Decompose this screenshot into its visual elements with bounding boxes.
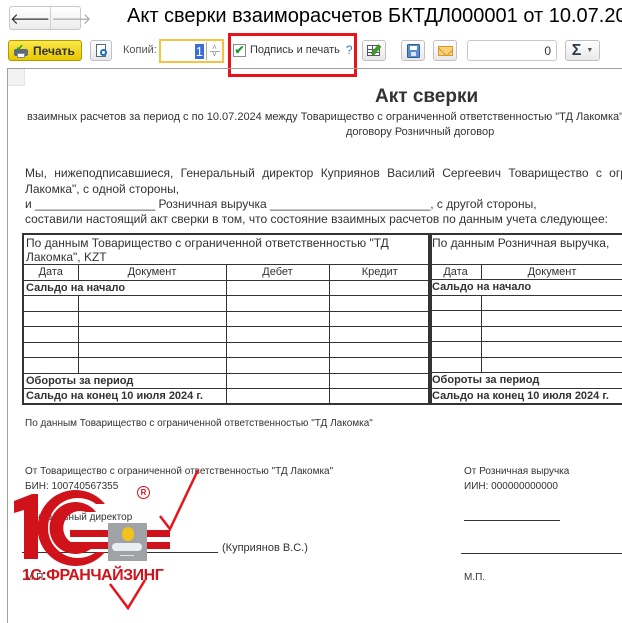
signature-right-iin: ИИН: 000000000000 [464, 481, 558, 492]
intro-line-2: Лакомка", с одной стороны, [25, 182, 179, 196]
signature-left-position: Генеральный директор [25, 512, 132, 523]
document-subtitle: взаимных расчетов за период с по 10.07.2… [27, 111, 622, 123]
document-subtitle-contract: договору Розничный договор [346, 126, 494, 138]
help-link[interactable]: ? [346, 43, 353, 57]
table-row [429, 326, 622, 342]
stepper-down-icon[interactable]: ˅ [212, 52, 217, 58]
turnover-label: Обороты за период [429, 373, 622, 389]
table-row [429, 295, 622, 311]
table-row [23, 311, 431, 327]
send-email-button[interactable] [433, 40, 457, 61]
sign-and-stamp-option[interactable]: ✔ Подпись и печать ? [233, 43, 353, 57]
copies-label: Копий: [123, 44, 157, 56]
sum-field: 0 [467, 40, 557, 61]
table-row [429, 311, 622, 327]
column-header-credit: Кредит [329, 265, 431, 281]
table-row [429, 357, 622, 373]
signature-left-from: От Товарищество с ограниченной ответстве… [25, 466, 333, 477]
sum-dropdown-button[interactable]: Σ ▼ [565, 40, 600, 61]
balloon-thumbnail-image [108, 523, 147, 561]
copies-input[interactable]: 1 ˄ ˅ [159, 39, 224, 63]
window-title: Акт сверки взаиморасчетов БКТДЛ000001 от… [127, 5, 622, 28]
table-row [23, 327, 431, 343]
forward-button[interactable]: 🡒 [51, 7, 91, 29]
table-cell [226, 280, 329, 296]
reconciliation-table-left: По данным Товарищество с ограниченной от… [22, 233, 432, 405]
turnover-label: Обороты за период [23, 373, 226, 389]
save-button[interactable] [401, 40, 425, 61]
table-row [23, 358, 431, 374]
floppy-disk-icon [407, 44, 420, 58]
opening-balance-label: Сальдо на начало [429, 280, 622, 296]
chevron-down-icon: ▼ [586, 47, 593, 54]
column-header-debit: Дебет [226, 265, 329, 281]
column-header-document: Документ [78, 265, 226, 281]
table-cell [329, 280, 431, 296]
closing-balance-label: Сальдо на конец 10 июля 2024 г. [429, 388, 622, 404]
table-left-header: По данным Товарищество с ограниченной от… [23, 234, 431, 265]
navigation-buttons: 🡐 🡒 [9, 6, 81, 30]
reconciliation-table-right: По данным Розничная выручка, Дата Докуме… [428, 233, 622, 405]
sigma-icon: Σ [572, 42, 582, 60]
stamp-place-right: М.П. [464, 572, 485, 583]
arrow-left-icon: 🡐 [10, 9, 50, 28]
registered-trademark-icon: R [137, 486, 150, 499]
signature-right-from: От Розничная выручка [464, 466, 569, 477]
column-header-document: Документ [482, 264, 622, 280]
by-data-note: По данным Товарищество с ограниченной от… [25, 418, 373, 429]
print-button-label: Печать [33, 44, 75, 58]
signature-line-right [461, 553, 622, 554]
preview-button[interactable] [90, 40, 112, 61]
copies-stepper[interactable]: ˄ ˅ [206, 42, 222, 60]
printer-icon: ✔ [13, 44, 29, 58]
signature-line-right-short [464, 520, 560, 521]
signature-left-bin: БИН: 100740567355 [25, 481, 118, 492]
franchise-brand-text: 1С:ФРАНЧАЙЗИНГ [22, 567, 163, 585]
table-row [429, 342, 622, 358]
sign-and-stamp-checkbox[interactable]: ✔ [233, 44, 246, 57]
column-header-date: Дата [23, 265, 78, 281]
arrow-right-icon: 🡒 [51, 9, 91, 28]
table-row [23, 342, 431, 358]
intro-line-4: составили настоящий акт сверки в том, чт… [25, 212, 608, 226]
column-header-date: Дата [429, 264, 482, 280]
magnifier-icon [100, 49, 107, 56]
intro-line-3: и __________________ Розничная выручка _… [25, 197, 537, 211]
sheet-corner [8, 69, 25, 86]
table-right-header: По данным Розничная выручка, [429, 234, 622, 264]
closing-balance-label: Сальдо на конец 10 июля 2024 г. [23, 389, 226, 405]
copies-value: 1 [195, 44, 204, 59]
opening-balance-label: Сальдо на начало [23, 280, 226, 296]
intro-line-1: Мы, нижеподписавшиеся, Генеральный дирек… [25, 166, 622, 180]
sign-and-stamp-label[interactable]: Подпись и печать [250, 44, 340, 56]
back-button[interactable]: 🡐 [10, 7, 51, 29]
document-title: Акт сверки [375, 86, 478, 108]
edit-table-button[interactable] [362, 40, 386, 61]
envelope-icon [438, 46, 453, 56]
signature-left-name: (Куприянов В.С.) [222, 542, 308, 554]
print-button[interactable]: ✔ Печать [8, 40, 82, 61]
table-row [23, 296, 431, 312]
